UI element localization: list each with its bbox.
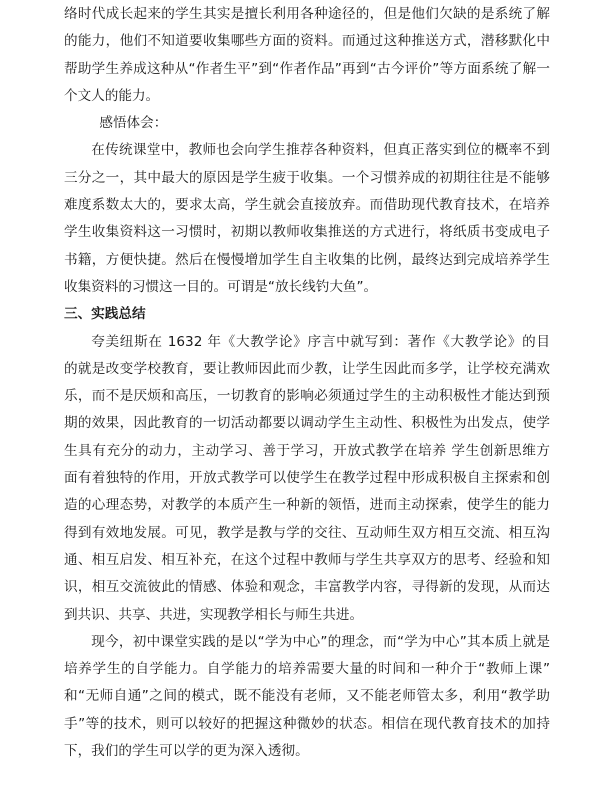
paragraph-conclusion: 现今，初中课堂实践的是以“学为中心”的理念，而“学为中心”其本质上就是 培养学生… [64, 629, 550, 765]
text-line: 学生收集资料这一习惯时，初期以教师收集推送的方式进行，将纸质书变成电子 [64, 219, 550, 246]
text-line: 和“无师自通”之间的模式，既不能没有老师，又不能老师管太多，利用“教学助 [64, 683, 550, 710]
text-line: 识，相互交流彼此的情感、体验和观念，丰富教学内容，寻得新的发现，从而达 [64, 574, 550, 601]
text-line: 到共识、共享、共进，实现教学相长与师生共进。 [64, 602, 550, 629]
text-line: 夸美纽斯在 1632 年《大教学论》序言中就写到：著作《大教学论》的目 [64, 329, 550, 356]
text-line: 的就是改变学校教育，要让教师因此而少教，让学生因此而多学，让学校充满欢 [64, 356, 550, 383]
text-line: 得到有效地发展。可见，教学是教与学的交往、互动师生双方相互交流、相互沟 [64, 520, 550, 547]
document-page: 络时代成长起来的学生其实是擅长利用各种途径的，但是他们欠缺的是系统了解 的能力，… [64, 1, 550, 765]
text-line: 手”等的技术，则可以较好的把握这种微妙的状态。相信在现代教育技术的加持 [64, 711, 550, 738]
text-line: 造的心理态势，对教学的本质产生一种新的领悟，进而主动探索，使学生的能力 [64, 492, 550, 519]
text-line: 个文人的能力。 [64, 83, 550, 110]
text-line: 难度系数太大的，要求太高，学生就会直接放弃。而借助现代教育技术，在培养 [64, 192, 550, 219]
text-line: 培养学生的自学能力。自学能力的培养需要大量的时间和一种介于“教师上课” [64, 656, 550, 683]
paragraph-continuation: 络时代成长起来的学生其实是擅长利用各种途径的，但是他们欠缺的是系统了解 的能力，… [64, 1, 550, 110]
text-line: 在传统课堂中，教师也会向学生推荐各种资料，但真正落实到位的概率不到 [64, 137, 550, 164]
heading-text: 三、实践总结 [64, 301, 550, 328]
paragraph-reflection: 在传统课堂中，教师也会向学生推荐各种资料，但真正落实到位的概率不到 三分之一，其… [64, 137, 550, 301]
text-line: 书籍，方便快捷。然后在慢慢增加学生自主收集的比例，最终达到完成培养学生 [64, 247, 550, 274]
text-line: 生具有充分的动力，主动学习、善于学习，开放式教学在培养 学生创新思维方 [64, 438, 550, 465]
section-heading: 三、实践总结 [64, 301, 550, 328]
text-line: 乐，而不是厌烦和高压，一切教育的影响必须通过学生的主动积极性才能达到预 [64, 383, 550, 410]
text-line: 下，我们的学生可以学的更为深入透彻。 [64, 738, 550, 765]
text-line: 收集资料的习惯这一目的。可谓是“放长线钓大鱼”。 [64, 274, 550, 301]
text-line: 通、相互启发、相互补充，在这个过程中教师与学生共享双方的思考、经验和知 [64, 547, 550, 574]
text-line: 期的效果，因此教育的一切活动都要以调动学生主动性、积极性为出发点，使学 [64, 410, 550, 437]
text-line: 三分之一，其中最大的原因是学生疲于收集。一个习惯养成的初期往往是不能够 [64, 165, 550, 192]
text-line: 感悟体会： [99, 110, 550, 137]
text-line: 帮助学生养成这种从“作者生平”到“作者作品”再到“古今评价”等方面系统了解一 [64, 56, 550, 83]
text-line: 面有着独特的作用，开放式教学可以使学生在教学过程中形成积极自主探索和创 [64, 465, 550, 492]
text-line: 的能力，他们不知道要收集哪些方面的资料。而通过这种推送方式，潜移默化中 [64, 28, 550, 55]
reflection-label: 感悟体会： [64, 110, 550, 137]
text-line: 现今，初中课堂实践的是以“学为中心”的理念，而“学为中心”其本质上就是 [64, 629, 550, 656]
text-line: 络时代成长起来的学生其实是擅长利用各种途径的，但是他们欠缺的是系统了解 [64, 1, 550, 28]
paragraph-practice-summary: 夸美纽斯在 1632 年《大教学论》序言中就写到：著作《大教学论》的目 的就是改… [64, 329, 550, 629]
